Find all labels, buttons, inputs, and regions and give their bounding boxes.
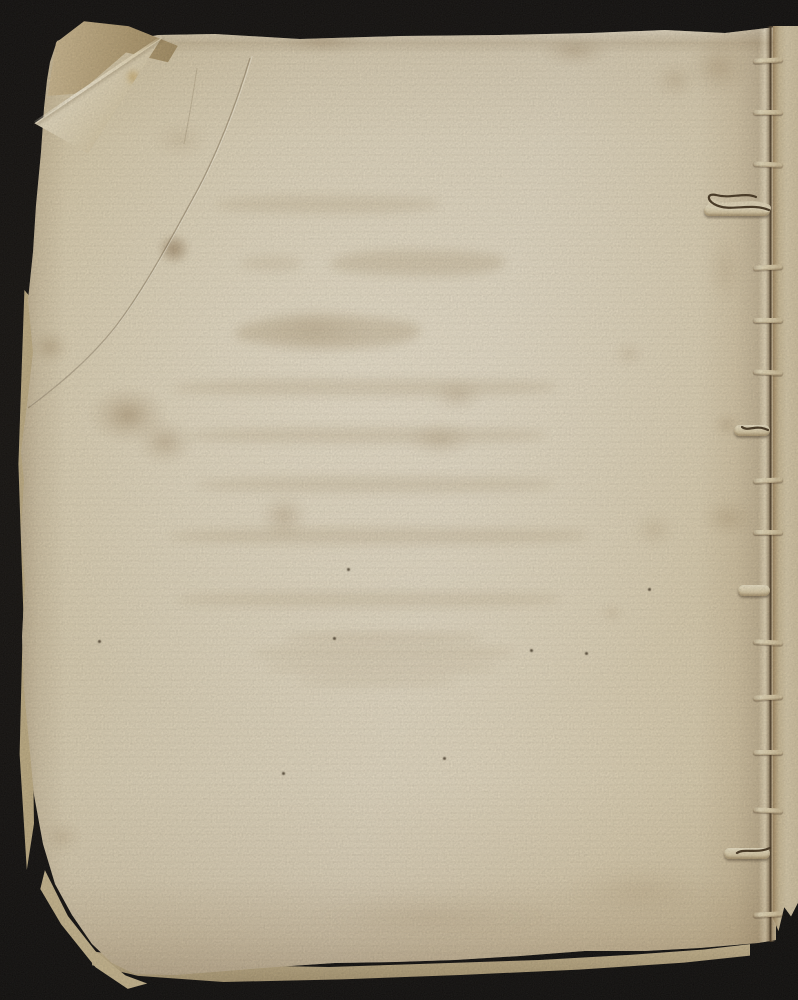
binding-stitch [753,318,783,323]
binding-stitch [753,807,783,814]
antique-book-page-photo [0,0,798,1000]
stitch-layer [0,0,798,1000]
thread-knot [704,205,770,216]
binding-stitch [753,161,783,168]
binding-stitch [753,110,783,115]
binding-stitch [753,750,783,755]
thread-knot [738,585,770,596]
binding-stitch [753,264,783,271]
binding-stitch [753,369,783,376]
thread-knot [734,425,770,436]
binding-stitch [753,477,783,484]
binding-stitch [753,530,783,535]
binding-stitch [753,694,783,701]
binding-stitch [753,911,783,918]
binding-stitch [753,57,783,64]
binding-stitch [753,639,783,646]
thread-knot [724,848,770,859]
